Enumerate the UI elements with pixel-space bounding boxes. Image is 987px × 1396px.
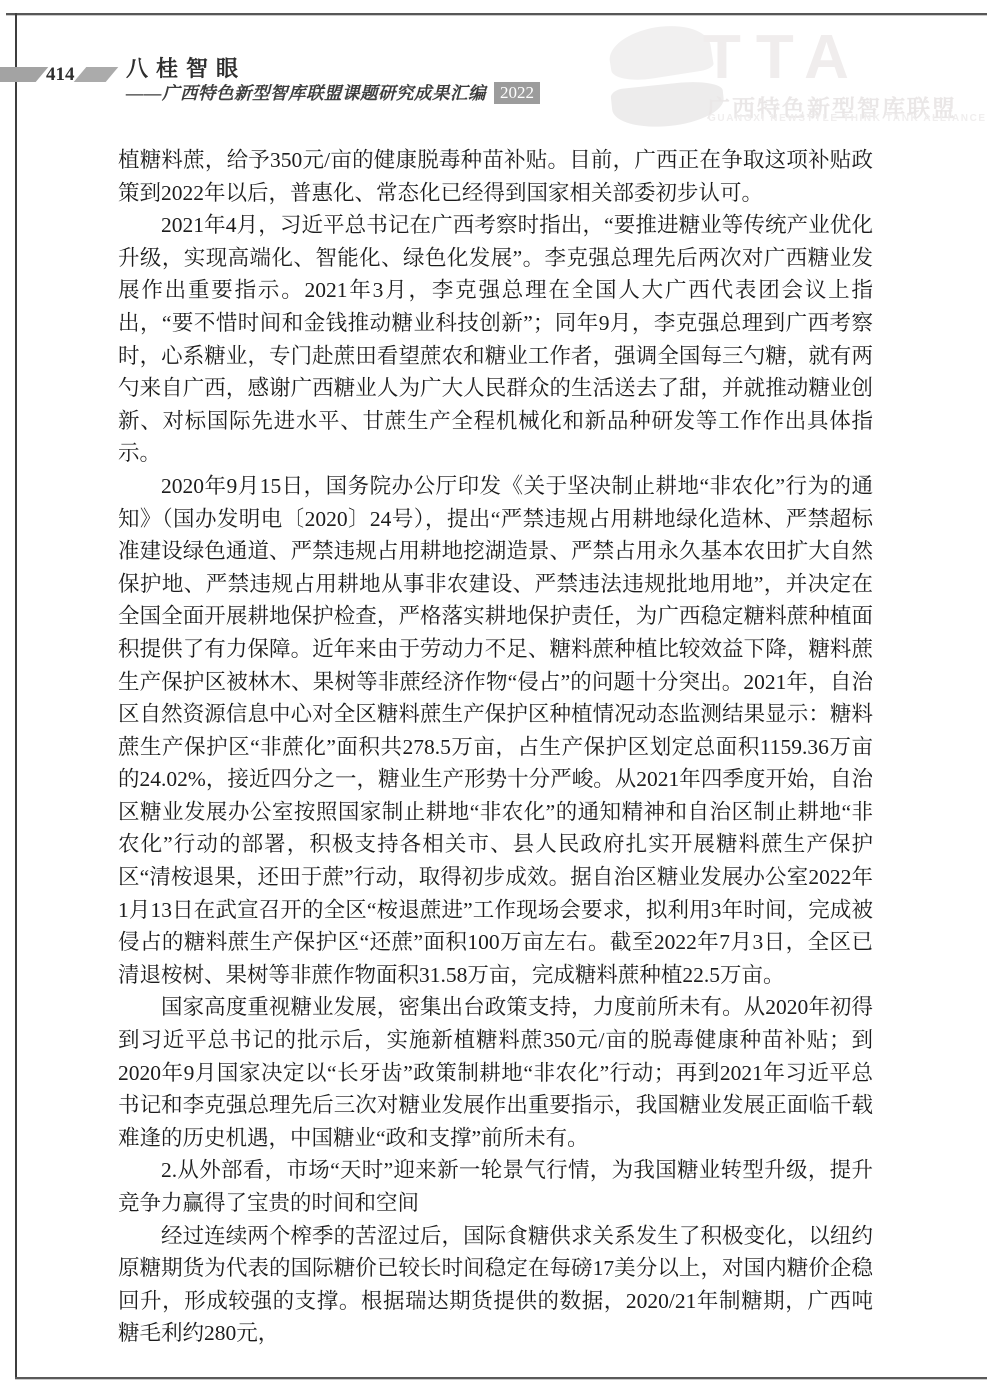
article-body: 植糖料蔗，给予350元/亩的健康脱毒种苗补贴。目前，广西正在争取这项补贴政策到2… [118, 144, 873, 1350]
paragraph: 2020年9月15日，国务院办公厅印发《关于坚决制止耕地“非农化”行为的通知》（… [118, 470, 873, 992]
page-top-rule [6, 13, 987, 16]
series-title: 八桂智眼 [126, 52, 246, 83]
logo-leaf-top-icon [606, 19, 715, 84]
logo-leaf-bottom-icon [610, 78, 726, 131]
year-badge: 2022 [494, 82, 540, 104]
page-bottom-rule [15, 1377, 987, 1380]
page-left-rule [15, 13, 17, 1379]
header-subtitle-row: ——广西特色新型智库联盟课题研究成果汇编 2022 [126, 80, 540, 105]
page-number-accent-icon [74, 67, 119, 82]
paragraph: 经过连续两个榨季的苦涩过后，国际食糖供求关系发生了积极变化，以纽约原糖期货为代表… [118, 1220, 873, 1350]
paragraph: 2021年4月，习近平总书记在广西考察时指出，“要推进糖业等传统产业优化升级，实… [118, 209, 873, 470]
page-number-band-icon [0, 67, 48, 82]
paragraph: 2.从外部看，市场“天时”迎来新一轮景气行情，为我国糖业转型升级，提升竞争力赢得… [118, 1154, 873, 1219]
logo-acronym: TTA [703, 26, 864, 90]
logo-name-cn: 广西特色新型智库联盟 [707, 90, 957, 123]
series-subtitle: ——广西特色新型智库联盟课题研究成果汇编 [126, 80, 486, 105]
logo-name-en: GUANGXI NEWSTYLE THINK TANK ALLIANCE [708, 113, 987, 124]
paragraph: 国家高度重视糖业发展，密集出台政策支持，力度前所未有。从2020年初得到习近平总… [118, 991, 873, 1154]
paragraph: 植糖料蔗，给予350元/亩的健康脱毒种苗补贴。目前，广西正在争取这项补贴政策到2… [118, 144, 873, 209]
page-number: 414 [46, 64, 75, 86]
